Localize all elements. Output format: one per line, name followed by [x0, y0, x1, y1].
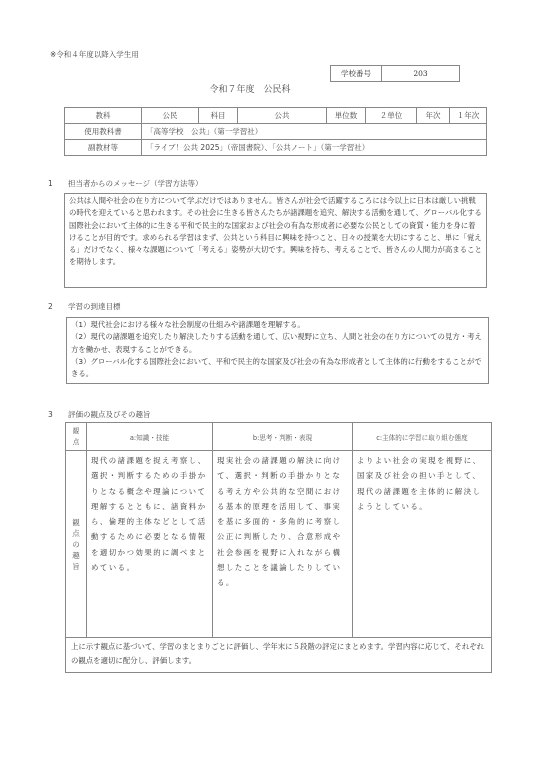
school-number-value: 203: [382, 66, 459, 81]
criterion-b: 現実社会の諸課題の解決に向けて、選択・判断の手掛かりとなる考え方や公共的な空間に…: [213, 451, 353, 638]
school-number-label: 学校番号: [331, 66, 382, 81]
section2-number: 2: [48, 302, 68, 311]
page-title: 令和７年度 公民科: [0, 82, 500, 95]
section2-title: 学習の到達目標: [68, 302, 121, 311]
column-header-c: c:主体的に学習に取り組む態度: [353, 423, 492, 451]
column-header-a: a:知識・技能: [87, 423, 213, 451]
subject-area-label: 教科: [65, 108, 142, 124]
textbook-row: 使用教科書 「高等学校 公共」（第一学習社）: [65, 124, 487, 140]
credits-label: 単位数: [327, 108, 366, 124]
evaluation-body-row: 観点の趣旨 現代の諸課題を捉え考察し、選択・判断するための手掛かりとなる概念や理…: [66, 451, 492, 638]
column-header-b: b:思考・判断・表現: [213, 423, 353, 451]
section1-heading: 1担当者からのメッセージ（学習方法等）: [48, 178, 203, 189]
school-number-box: 学校番号 203: [330, 65, 460, 82]
corner-label: 観点: [66, 423, 87, 451]
goal-item: （2）現代の諸課題を追究したり解決したりする活動を通して、広い視野に立ち、人間と…: [71, 331, 484, 356]
course-info-row: 教科 公民 科目 公共 単位数 ２単位 年次 １年次: [65, 108, 487, 124]
section1-title: 担当者からのメッセージ（学習方法等）: [68, 179, 203, 188]
grade-label: 年次: [417, 108, 450, 124]
evaluation-table: 観点 a:知識・技能 b:思考・判断・表現 c:主体的に学習に取り組む態度 観点…: [65, 422, 492, 673]
criterion-c: よりよい社会の実現を視野に、国家及び社会の担い手として、現代の諸課題を主体的に解…: [353, 451, 492, 638]
credits-value: ２単位: [366, 108, 417, 124]
row-label: 観点の趣旨: [66, 451, 87, 638]
materials-row: 副教材等 「ライブ！公共 2025」（帝国書院）、「公共ノート」（第一学習社）: [65, 140, 487, 156]
materials-label: 副教材等: [65, 140, 142, 156]
goal-item: （3）グローバル化する国際社会において、平和で民主的な国家及び社会の有為な形成者…: [71, 356, 484, 381]
section2-heading: 2学習の到達目標: [48, 301, 121, 312]
course-label: 科目: [199, 108, 238, 124]
section3-number: 3: [48, 410, 68, 419]
subject-area-value: 公民: [142, 108, 199, 124]
course-info-table: 教科 公民 科目 公共 単位数 ２単位 年次 １年次 使用教科書 「高等学校 公…: [64, 107, 487, 156]
textbook-value: 「高等学校 公共」（第一学習社）: [142, 124, 487, 140]
materials-value: 「ライブ！公共 2025」（帝国書院）、「公共ノート」（第一学習社）: [142, 140, 487, 156]
textbook-label: 使用教科書: [65, 124, 142, 140]
evaluation-footer-row: 上に示す観点に基づいて、学習のまとまりごとに評価し、学年末に５段階の評定にまとめ…: [66, 638, 492, 673]
course-value: 公共: [238, 108, 327, 124]
learning-goals-box: （1）現代社会における様々な社会制度の仕組みや諸課題を理解する。 （2）現代の諸…: [66, 317, 489, 384]
goal-item: （1）現代社会における様々な社会制度の仕組みや諸課題を理解する。: [71, 319, 484, 331]
section3-title: 評価の観点及びその趣旨: [68, 410, 151, 419]
teacher-message-box: 公共は人間や社会の在り方について学ぶだけではありません。皆さんが社会で活躍するこ…: [64, 193, 487, 288]
evaluation-header-row: 観点 a:知識・技能 b:思考・判断・表現 c:主体的に学習に取り組む態度: [66, 423, 492, 451]
evaluation-footer: 上に示す観点に基づいて、学習のまとまりごとに評価し、学年末に５段階の評定にまとめ…: [66, 638, 492, 673]
grade-value: １年次: [450, 108, 487, 124]
criterion-a: 現代の諸課題を捉え考察し、選択・判断するための手掛かりとなる概念や理論について理…: [87, 451, 213, 638]
section3-heading: 3評価の観点及びその趣旨: [48, 409, 151, 420]
admission-note: ※令和４年度以降入学生用: [50, 49, 139, 60]
section1-number: 1: [48, 179, 68, 188]
